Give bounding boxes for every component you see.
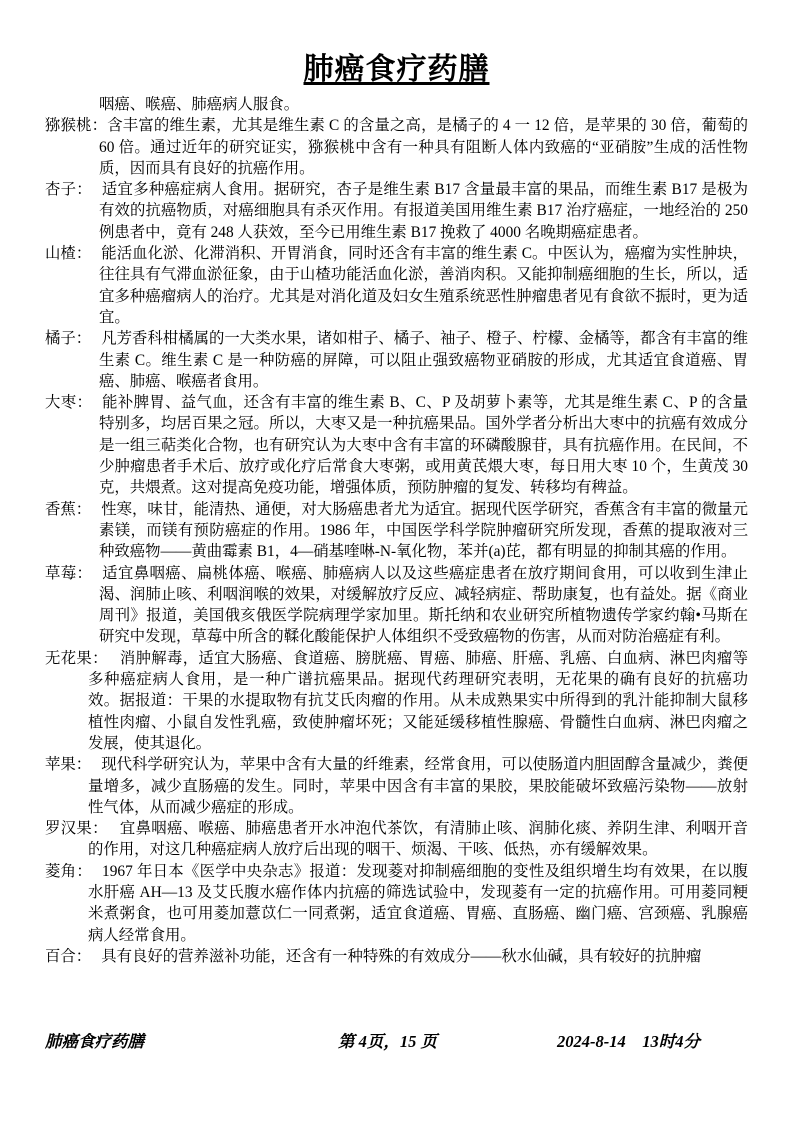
document-page: 肺癌食疗药膳 咽癌、喉癌、肺癌病人服食。 猕猴桃：含丰富的维生素，尤其是维生素 …	[0, 0, 793, 1122]
entry-paragraph: 无花果：消肿解毒，适宜大肠癌、食道癌、膀胱癌、胃癌、肺癌、肝癌、乳癌、白血病、淋…	[0, 648, 748, 754]
entry-paragraph: 香蕉：性寒，味甘，能清热、通便，对大肠癌患者尤为适宜。据现代医学研究，香蕉含有丰…	[0, 499, 748, 563]
entry-label: 香蕉：	[45, 501, 91, 518]
entry-paragraph: 橘子：凡芳香科柑橘属的一大类水果，诸如柑子、橘子、袖子、橙子、柠檬、金橘等，都含…	[0, 328, 748, 392]
entry-paragraph: 草莓：适宜鼻咽癌、扁桃体癌、喉癌、肺癌病人以及这些癌症患者在放疗期间食用，可以收…	[0, 563, 748, 648]
entry-label: 罗汉果：	[45, 820, 108, 837]
document-title-text: 肺癌食疗药膳	[304, 52, 490, 87]
entry-text: 能活血化淤、化滞消积、开胃消食，同时还含有丰富的维生素 C。中医认为，癌瘤为实性…	[99, 245, 748, 326]
entry-text: 适宜鼻咽癌、扁桃体癌、喉癌、肺癌病人以及这些癌症患者在放疗期间食用，可以收到生津…	[99, 565, 748, 646]
entry-text: 消肿解毒，适宜大肠癌、食道癌、膀胱癌、胃癌、肺癌、肝癌、乳癌、白血病、淋巴肉瘤等…	[88, 650, 748, 752]
document-title: 肺癌食疗药膳	[0, 52, 793, 90]
page-footer: 肺癌食疗药膳 第 4页，15 页 2024-8-14 13时4分	[0, 1031, 793, 1055]
entry-label: 草莓：	[45, 565, 92, 582]
entry-label: 百合：	[45, 948, 91, 965]
entry-label: 大枣：	[45, 394, 92, 411]
entry-label: 菱角：	[45, 863, 92, 880]
entry-text: 含丰富的维生素，尤其是维生素 C 的含量之高，是橘子的 4 一 12 倍，是苹果…	[99, 117, 748, 177]
entry-text: 1967 年日本《医学中央杂志》报道：发现菱对抑制癌细胞的变性及组织增生均有效果…	[88, 863, 748, 944]
entry-text: 具有良好的营养滋补功能，还含有一种特殊的有效成分——秋水仙碱，具有较好的抗肿瘤	[101, 948, 701, 965]
entry-label: 苹果：	[45, 756, 91, 773]
entry-paragraph: 大枣：能补脾胃、益气血，还含有丰富的维生素 B、C、P 及胡萝卜素等，尤其是维生…	[0, 392, 748, 498]
entry-label: 杏子：	[45, 181, 92, 198]
intro-line: 咽癌、喉癌、肺癌病人服食。	[0, 94, 748, 115]
entry-label: 无花果：	[45, 650, 108, 667]
entry-paragraph: 杏子：适宜多种癌症病人食用。据研究，杏子是维生素 B17 含量最丰富的果品，而维…	[0, 179, 748, 243]
entry-paragraph: 猕猴桃：含丰富的维生素，尤其是维生素 C 的含量之高，是橘子的 4 一 12 倍…	[0, 115, 748, 179]
entry-text: 性寒，味甘，能清热、通便，对大肠癌患者尤为适宜。据现代医学研究，香蕉含有丰富的微…	[99, 501, 748, 561]
entry-text: 凡芳香科柑橘属的一大类水果，诸如柑子、橘子、袖子、橙子、柠檬、金橘等，都含有丰富…	[99, 330, 748, 390]
entry-text: 适宜多种癌症病人食用。据研究，杏子是维生素 B17 含量最丰富的果品，而维生素 …	[99, 181, 748, 241]
entry-label: 猕猴桃：	[45, 117, 107, 134]
entry-paragraph: 百合：具有良好的营养滋补功能，还含有一种特殊的有效成分——秋水仙碱，具有较好的抗…	[0, 946, 748, 967]
footer-doc-name: 肺癌食疗药膳	[45, 1031, 144, 1053]
entry-paragraph: 山楂：能活血化淤、化滞消积、开胃消食，同时还含有丰富的维生素 C。中医认为，癌瘤…	[0, 243, 748, 328]
footer-datetime: 2024-8-14 13时4分	[557, 1031, 700, 1053]
entry-label: 橘子：	[45, 330, 91, 347]
entries: 猕猴桃：含丰富的维生素，尤其是维生素 C 的含量之高，是橘子的 4 一 12 倍…	[0, 115, 748, 967]
document-body: 咽癌、喉癌、肺癌病人服食。 猕猴桃：含丰富的维生素，尤其是维生素 C 的含量之高…	[0, 94, 748, 967]
entry-paragraph: 菱角：1967 年日本《医学中央杂志》报道：发现菱对抑制癌细胞的变性及组织增生均…	[0, 861, 748, 946]
entry-text: 能补脾胃、益气血，还含有丰富的维生素 B、C、P 及胡萝卜素等，尤其是维生素 C…	[99, 394, 748, 496]
entry-paragraph: 苹果：现代科学研究认为，苹果中含有大量的纤维素，经常食用，可以使肠道内胆固醇含量…	[0, 754, 748, 818]
footer-page-number: 第 4页，15 页	[338, 1031, 437, 1053]
entry-paragraph: 罗汉果：宜鼻咽癌、喉癌、肺癌患者开水冲泡代茶饮，有清肺止咳、润肺化痰、养阴生津、…	[0, 818, 748, 861]
entry-text: 宜鼻咽癌、喉癌、肺癌患者开水冲泡代茶饮，有清肺止咳、润肺化痰、养阴生津、利咽开音…	[88, 820, 748, 858]
entry-label: 山楂：	[45, 245, 91, 262]
entry-text: 现代科学研究认为，苹果中含有大量的纤维素，经常食用，可以使肠道内胆固醇含量减少，…	[88, 756, 748, 816]
